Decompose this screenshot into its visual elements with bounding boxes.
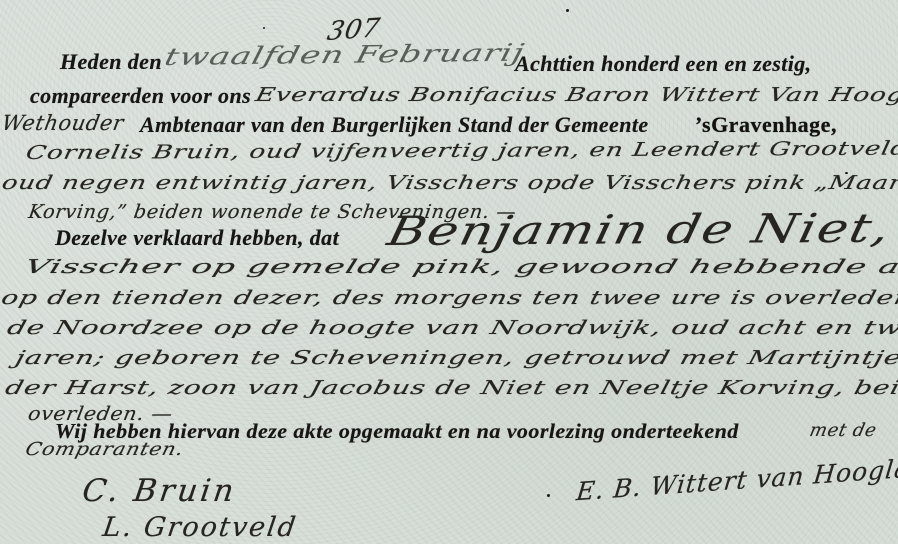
opening-printed-year: Achttien honderd een en zestig, [515,52,812,76]
death-details-line-5: der Harst, zoon van Jacobus de Niet en N… [3,378,898,399]
signature-registrar: E. B. Wittert van Hoogland [575,452,898,505]
municipality-printed: ’sGravenhage, [695,113,837,137]
witnesses-line-1: Cornelis Bruin, oud vijfenveertig jaren,… [24,138,898,163]
signature-witness-1: C. Bruin [80,474,239,508]
opening-hand-date: twaalfden Februarij [162,40,527,71]
death-details-line-3: de Noordzee op de hoogte van Noordwijk, … [5,318,898,339]
registrar-title-printed: Ambtenaar van den Burgerlijken Stand der… [140,113,649,137]
deceased-name-hand: Benjamin de Niet, [384,207,896,254]
comparution-printed: compareerden voor ons [30,84,251,108]
death-record-scan: 307 Heden den twaalfden Februarij Achtti… [0,0,898,544]
closing-hand-comparanten: Comparanten. [23,440,186,460]
scan-speck [845,172,848,174]
declaration-printed: Dezelve verklaard hebben, dat [55,226,339,250]
death-details-line-1: Visscher op gemelde pink, gewoond hebben… [22,257,898,278]
death-details-line-4: jaren; geboren te Scheveningen, getrouwd… [13,348,898,369]
registrar-name-hand: Everardus Bonifacius Baron Wittert Van H… [253,85,898,106]
closing-hand-suffix: met de [808,421,879,441]
registrar-function-hand: Wethouder [0,112,126,135]
scan-speck [263,27,265,29]
scan-speck [566,9,569,12]
opening-printed-heden: Heden den [60,50,162,74]
signature-witness-2: L. Grootveld [101,513,299,543]
scan-speck [547,494,550,497]
witnesses-line-2: oud negen entwintig jaren, Visschers opd… [0,173,898,194]
death-details-line-2: op den tienden dezer, des morgens ten tw… [0,288,898,309]
